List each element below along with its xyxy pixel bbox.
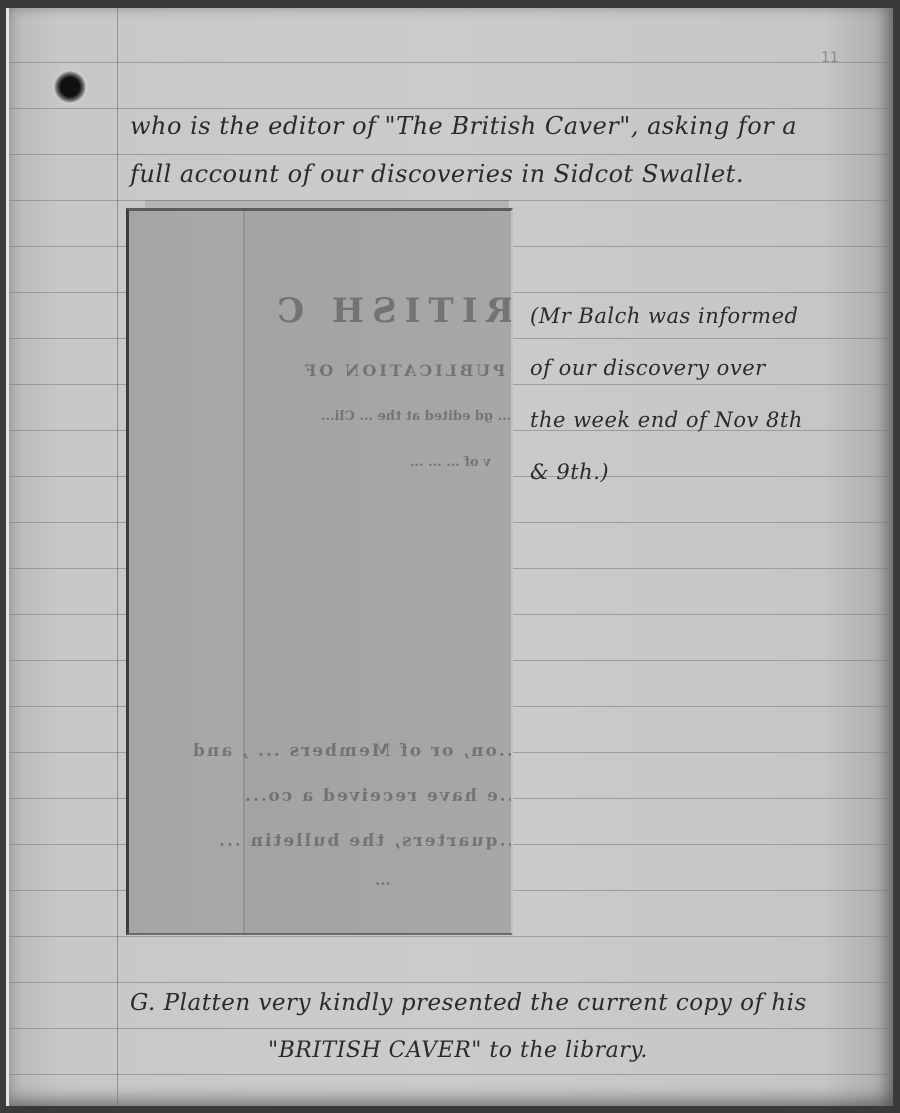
pasted-card: BRITISH C D PUBLICATION OF ... gd edited… [126,208,513,935]
handwritten-bottom-line-2: "BRITISH CAVER" to the library. [268,1038,648,1063]
show-through-text: BRITISH C [269,291,513,331]
show-through-text: ... gd edited at the ... Cli... [321,409,511,424]
show-through-text: ...e have received a co... [243,786,513,806]
show-through-text: ...on, or of Members ... , and [191,741,513,761]
margin-line [117,8,118,1106]
margin-note: (Mr Balch was informed of our discovery … [530,290,803,498]
show-through-text: D PUBLICATION OF [302,361,513,380]
handwritten-line-2: full account of our discoveries in Sidco… [130,160,744,188]
card-fold [243,211,245,933]
page-number: 11 [821,50,839,66]
handwritten-line-1: who is the editor of "The British Caver"… [130,112,797,140]
show-through-text: ... [375,871,391,889]
show-through-text: ...quarters, the bulletin ... [217,831,513,851]
punch-hole-icon [53,70,87,104]
handwritten-bottom-line-1: G. Platten very kindly presented the cur… [130,990,807,1016]
show-through-text: v of ... ... ... [410,455,491,470]
